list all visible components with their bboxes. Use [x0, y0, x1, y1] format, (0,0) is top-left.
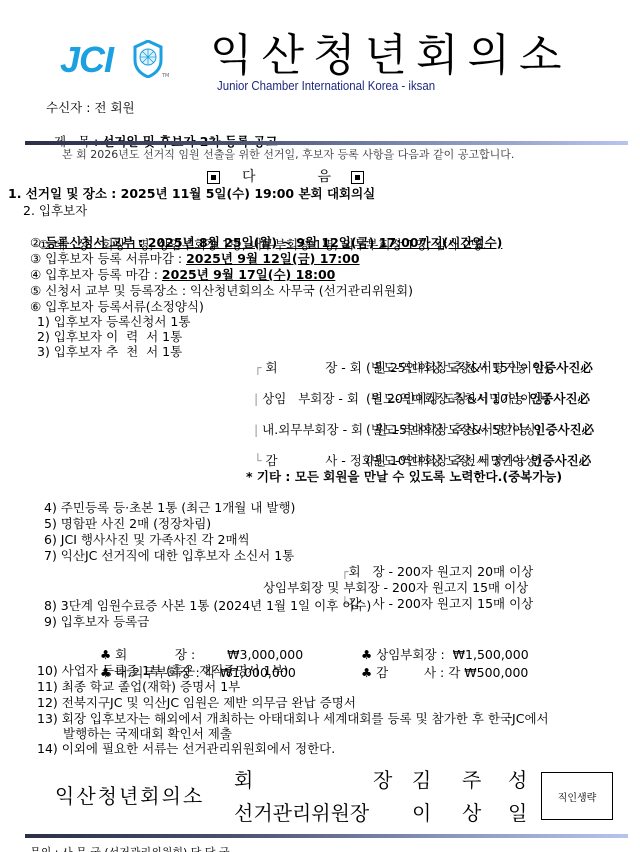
- section-1-election-date: 1. 선거일 및 장소 : 2025년 11월 5일(수) 19:00 본회 대…: [8, 185, 375, 202]
- item-text: 신청서 교부 및 등록장소 : 익산청년회의소 사무국 (선거관리위원회): [45, 283, 413, 298]
- item-label: 입후보자 등록 마감 :: [45, 267, 162, 282]
- photo-required: 인증사진必: [533, 422, 594, 437]
- fee-row-auditor: ♣ 감 사 : 각 ₩500,000: [353, 646, 528, 682]
- bracket-glyph: └: [254, 453, 262, 468]
- document-14: 14) 이외에 필요한 서류는 선거관리위원회에서 정한다.: [37, 740, 335, 757]
- header-divider: [25, 141, 628, 145]
- bracket-glyph: ┌: [254, 360, 262, 375]
- signature-president-name-1: 김: [412, 764, 431, 793]
- bracket-glyph: |: [254, 422, 258, 437]
- intro-text: 본 회 2026년도 선거직 임원 선출을 위한 선거일, 후보자 등록 사항을…: [62, 148, 514, 162]
- recommendation-note: * 기타 : 모든 회원을 만날 수 있도록 노력한다.(중복가능): [246, 469, 562, 485]
- dauem-right: 음: [318, 168, 332, 186]
- document-7: 7) 익산JC 선거직에 대한 입후보자 소신서 1통: [44, 547, 294, 564]
- document-5: 5) 명함판 사진 2매 (정장차림): [44, 515, 211, 532]
- candidate-item-3: ③ 입후보자 등록 서류마감 : 2025년 9월 12일(금) 17:00: [30, 250, 360, 267]
- candidate-item-4: ④ 입후보자 등록 마감 : 2025년 9월 17일(수) 18:00: [30, 266, 335, 283]
- recommendation-extra: (별도-역대회장 추천서 15인이상): [366, 360, 549, 376]
- trademark-mark: TM: [162, 73, 169, 79]
- square-bullet-icon: [351, 171, 364, 184]
- subject-line: 제 목 : 선거일 및 후보자 2차 등록 공고: [46, 118, 278, 150]
- footer-divider: [25, 834, 628, 838]
- seal-text: 직인생략: [558, 789, 597, 804]
- signature-chair-name-1: 이: [412, 797, 431, 826]
- dauem-left: 다: [242, 168, 256, 186]
- signature-president-title-b: 장: [373, 764, 392, 793]
- seal-omitted-box: 직인생략: [541, 772, 613, 820]
- fee-amount: ₩500,000: [464, 665, 528, 680]
- jci-shield-icon: [133, 40, 163, 78]
- item-number: ④: [30, 267, 41, 282]
- recipient-value: 전 회원: [94, 100, 134, 115]
- signature-chair-name-2: 상: [462, 797, 481, 826]
- document-6: 6) JCI 행사사진 및 가족사진 각 2매씩: [44, 531, 250, 548]
- recipient-line: 수신자 : 전 회원: [46, 100, 135, 116]
- club-icon: ♣: [361, 665, 372, 680]
- item-number: ③: [30, 251, 41, 266]
- role: 회 장: [265, 360, 337, 375]
- footer-cut-text: 문의 : 사 무 국 (선거관리위원회) 담 당 국: [30, 846, 230, 852]
- item-text: 입후보자 등록서류(소정양식): [45, 299, 204, 314]
- signature-election-chair-title: 선거관리위원장: [234, 797, 369, 826]
- item-number: ②: [30, 235, 41, 250]
- signature-chair-name-3: 일: [508, 797, 527, 826]
- signature-president-name-3: 성: [508, 764, 527, 793]
- document-10: 10) 사업자 등록증 1부 (혹은 재직증명서 1부): [37, 662, 288, 679]
- item-number: ⑤: [30, 283, 41, 298]
- item-text: 등록신청서 교부 : 2025년 8월 25일(월) ~ 9월 12일(금) 1…: [45, 235, 502, 250]
- requirement: - 200자 원고지 15매 이상: [385, 596, 534, 611]
- recommendation-extra: (별도-역대회장 추천서 10인이상): [366, 391, 549, 407]
- role: 내.외무부회장: [262, 422, 338, 437]
- item-value: 2025년 9월 12일(금) 17:00: [186, 251, 359, 266]
- candidate-item-5: ⑤ 신청서 교부 및 등록장소 : 익산청년회의소 사무국 (선거관리위원회): [30, 282, 413, 299]
- org-subtitle: Junior Chamber International Korea - iks…: [217, 78, 435, 94]
- bracket-glyph: |: [254, 391, 258, 406]
- section-2-title: 2. 입후보자: [23, 202, 87, 219]
- signature-president-title-a: 회: [234, 764, 253, 793]
- recommendation-extra: (별도-역대회장 추천서 5인이상): [366, 422, 541, 438]
- recipient-label: 수신자 :: [46, 100, 94, 115]
- document-3: 3) 입후보자 추 천 서 1통: [37, 343, 182, 360]
- item-label: 입후보자 등록 서류마감 :: [45, 251, 186, 266]
- square-bullet-icon: [207, 171, 220, 184]
- candidate-item-2: ② 등록신청서 교부 : 2025년 8월 25일(월) ~ 9월 12일(금)…: [30, 234, 502, 251]
- recommendation-extra: (별도-역대회장 추천서 3인이상): [366, 453, 541, 469]
- document-11: 11) 최종 학교 졸업(재학) 증명서 1부: [37, 678, 240, 695]
- signature-president-name-2: 주: [462, 764, 481, 793]
- role: 상임 부회장: [262, 391, 334, 406]
- role: 감 사: [265, 453, 337, 468]
- signature-org: 익산청년회의소: [55, 780, 204, 809]
- dauem-heading: 다 음: [207, 168, 364, 186]
- item-value: 2025년 9월 17일(수) 18:00: [162, 267, 335, 282]
- fee-role: 감 사 : 각: [376, 665, 460, 680]
- document-4: 4) 주민등록 등·초본 1통 (최근 1개월 내 발행): [44, 499, 295, 516]
- org-title: 익산청년회의소: [210, 28, 571, 84]
- jci-logo-text: JCI: [60, 40, 113, 80]
- item-number: ⑥: [30, 299, 41, 314]
- document-12: 12) 전북지구JC 및 익산JC 임원은 제반 의무금 완납 증명서: [37, 694, 356, 711]
- document-8: 8) 3단계 임원수료증 사본 1통 (2024년 1월 1일 이후 이수): [44, 597, 371, 614]
